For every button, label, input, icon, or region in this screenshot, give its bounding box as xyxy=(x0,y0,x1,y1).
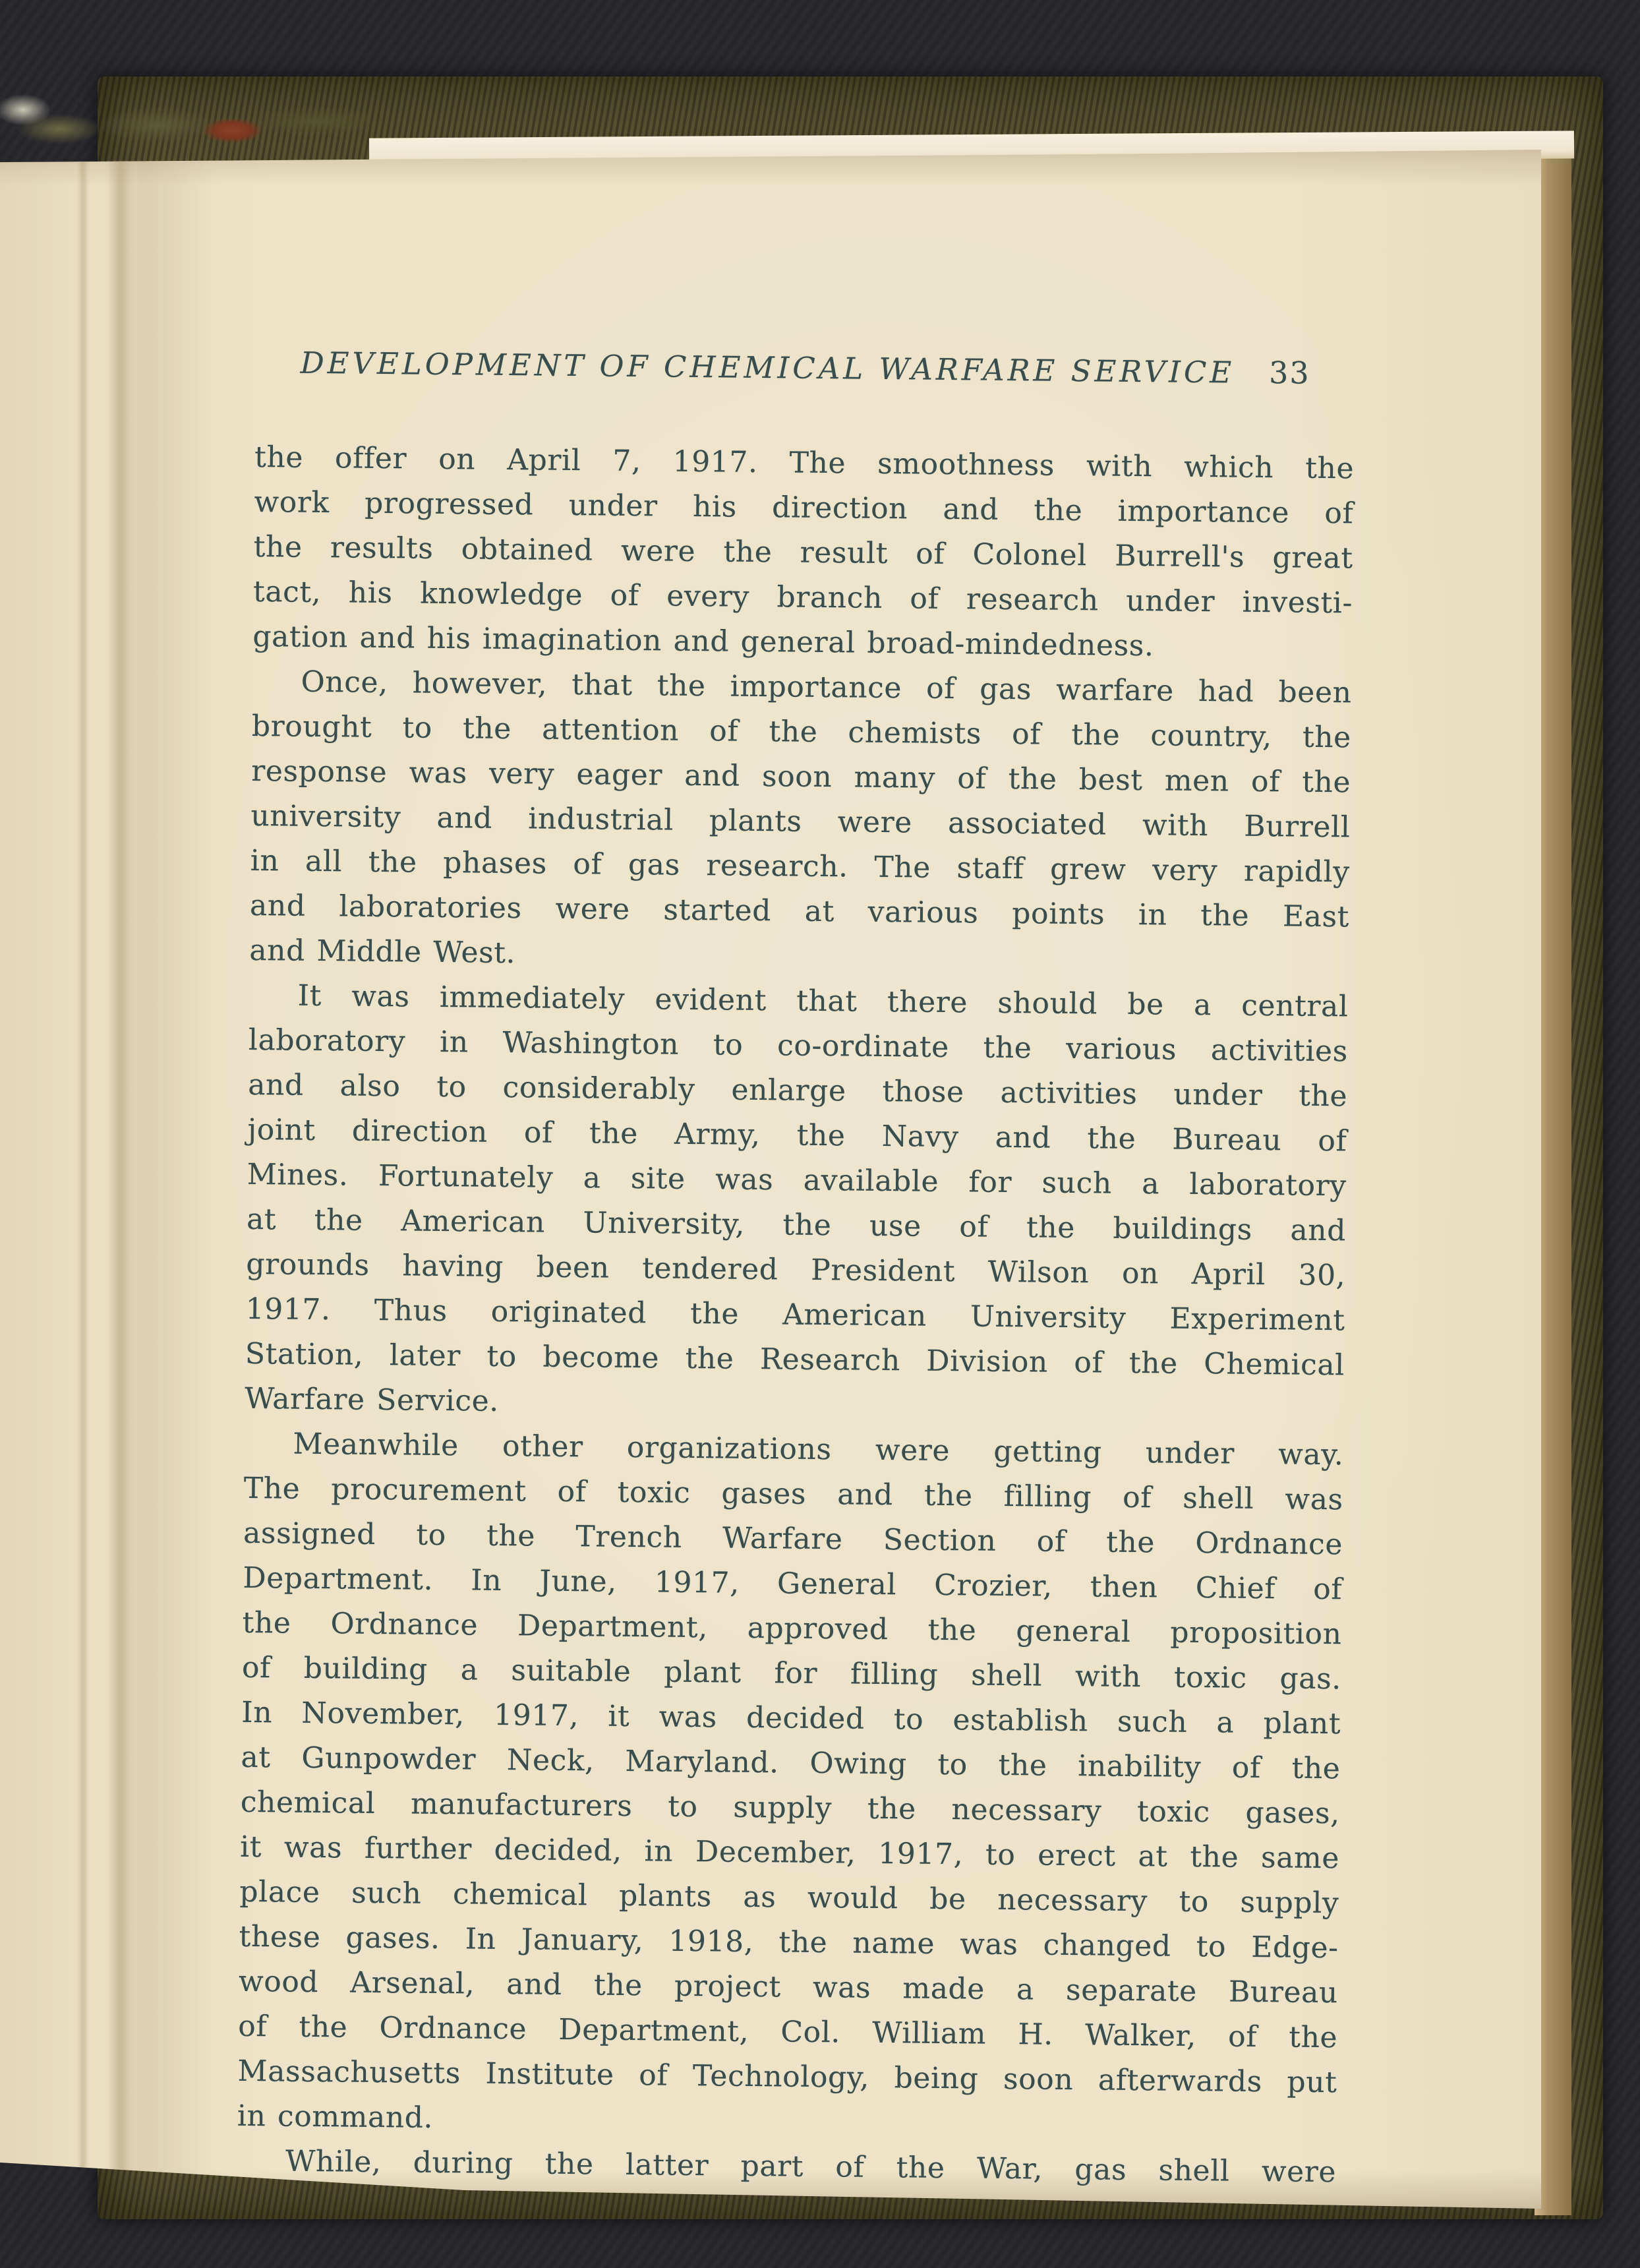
body-text: the offer on April 7, 1917. The smoothne… xyxy=(237,435,1355,2195)
paragraph: Once, however, that the importance of ga… xyxy=(249,659,1352,984)
paragraph: It was immediately evident that there sh… xyxy=(245,973,1349,1433)
page-text-block: DEVELOPMENT OF CHEMICAL WARFARE SERVICE … xyxy=(237,344,1355,2195)
page-number: 33 xyxy=(1269,355,1310,391)
running-head-title: DEVELOPMENT OF CHEMICAL WARFARE SERVICE xyxy=(300,345,1235,390)
gutter-crease xyxy=(107,146,137,2217)
gutter-crease xyxy=(78,146,88,2217)
running-head: DEVELOPMENT OF CHEMICAL WARFARE SERVICE … xyxy=(255,344,1355,391)
scanned-book-page: DEVELOPMENT OF CHEMICAL WARFARE SERVICE … xyxy=(0,0,1640,2268)
book-page: DEVELOPMENT OF CHEMICAL WARFARE SERVICE … xyxy=(0,146,1541,2217)
paragraph: the offer on April 7, 1917. The smoothne… xyxy=(252,435,1354,671)
paragraph: Meanwhile other organizations were getti… xyxy=(237,1421,1343,2150)
worn-cover-corner xyxy=(0,83,369,160)
gutter-shadow xyxy=(135,146,214,2217)
